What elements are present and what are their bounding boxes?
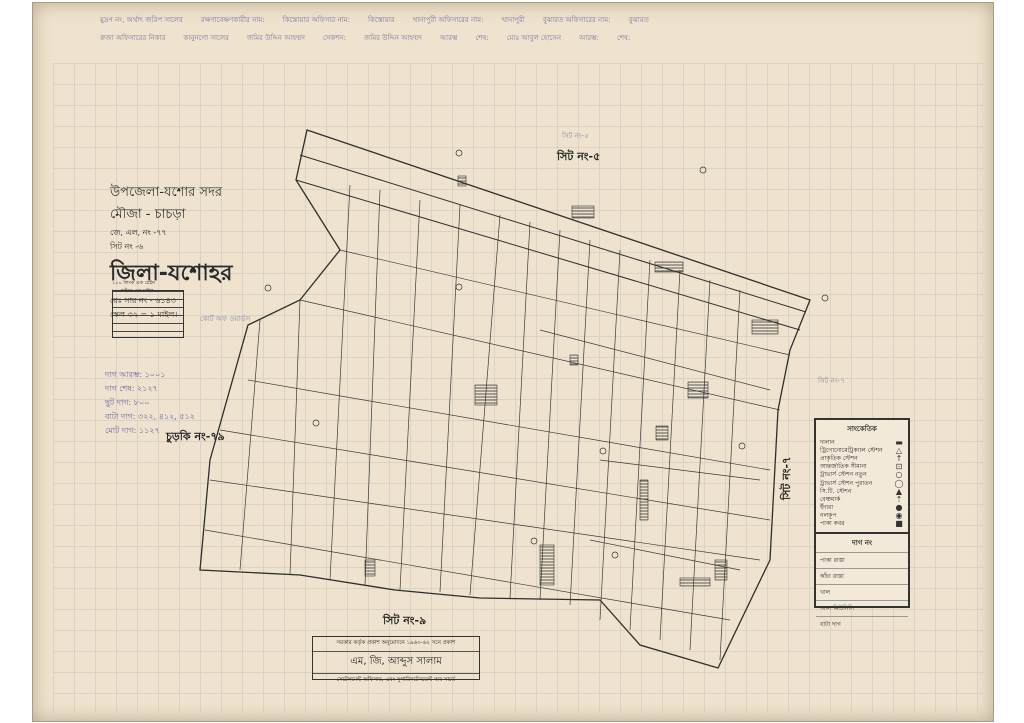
grave-icon: ■ (894, 519, 904, 528)
sheet-label-south: সিট নং-৯ (383, 612, 426, 631)
sheet-label-east: সিট নং-৭ (778, 457, 797, 500)
footer-line-1: সরকার কর্তৃক প্রকাশ অনুমোদনে ১৯৬০-৬২ সনে… (313, 640, 479, 648)
publication-footer: সরকার কর্তৃক প্রকাশ অনুমোদনে ১৯৬০-৬২ সনে… (312, 636, 480, 680)
legend-row: পাকা কবর■ (816, 520, 908, 528)
pencil-note-north: সিট নং-৫ (562, 130, 589, 142)
legend2-row: পাকা রাস্তা (816, 552, 908, 568)
sheet-label-north: সিট নং-৫ (557, 148, 600, 167)
legend2-title: দাগ নং (816, 537, 908, 549)
legend-box: সাংকেতিক দালান▬ ট্রিগোনোমেট্রিক্যাল স্টে… (814, 418, 910, 534)
footer-signature: এম, জি, আব্দুস সালাম (313, 651, 479, 674)
legend2-row: বাটা দাগ (816, 616, 908, 632)
legend-title: সাংকেতিক (816, 423, 908, 435)
footer-line-3: সেটেলমেন্ট অফিসার, এবং সুপারিনটেনডেন্ট অ… (313, 677, 479, 685)
pencil-note-west: কোর্ট অফ ওয়ার্ডস (200, 313, 250, 325)
legend-roads-box: দাগ নং পাকা রাস্তা কাঁচা রাস্তা খাল আল ম… (814, 532, 910, 608)
pencil-note-east: সিট নং-৭ (818, 375, 845, 387)
legend2-row: কাঁচা রাস্তা (816, 568, 908, 584)
sheet-label-west: চুড়কি নং-৭৯ (166, 428, 225, 447)
legend2-row: খাল (816, 584, 908, 600)
legend2-row: আল মিউনিসি (816, 600, 908, 616)
